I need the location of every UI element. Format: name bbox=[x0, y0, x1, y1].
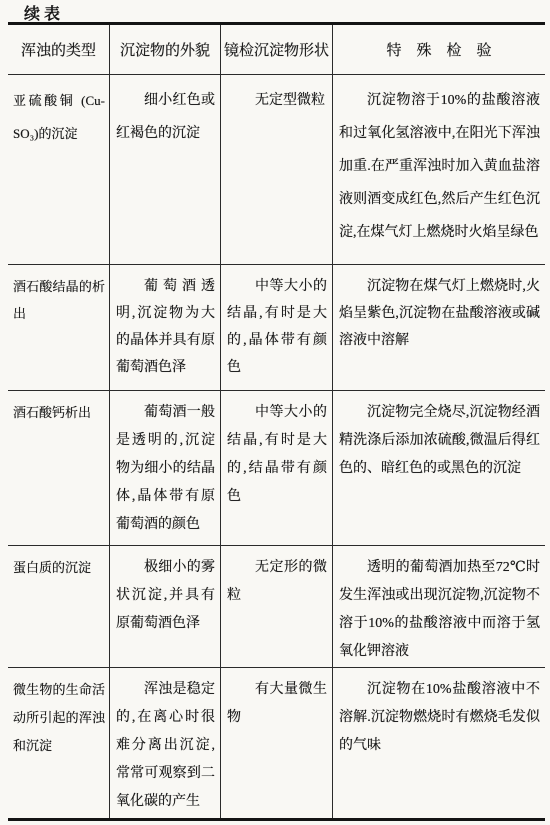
cell-text: 无定形的微粒 bbox=[227, 554, 327, 610]
special-test-cell: 透明的葡萄酒加热至72℃时发生浑浊或出现沉淀物,沉淀物不溶于10%的盐酸溶液中而… bbox=[333, 546, 545, 668]
wine-turbidity-table: 浑浊的类型 沉淀物的外貌 镜检沉淀物形状 特 殊 检 验 亚硫酸铜 (Cu-SO… bbox=[8, 22, 545, 821]
cell-text: 沉淀物在煤气灯上燃烧时,火焰呈紫色,沉淀物在盐酸溶液或碱溶液中溶解 bbox=[339, 273, 540, 354]
turbidity-type-cell: 亚硫酸铜 (Cu-SO₃)的沉淀 bbox=[8, 75, 110, 265]
column-header-microscopic-shape: 镜检沉淀物形状 bbox=[221, 25, 333, 75]
cell-text: 中等大小的结晶,有时是大的,结晶带有颜色 bbox=[227, 399, 327, 511]
cell-text: 葡萄酒一般是透明的,沉淀物为细小的结晶体,晶体带有原葡萄酒的颜色 bbox=[116, 399, 215, 539]
cell-text: 中等大小的结晶,有时是大的,晶体带有颜色 bbox=[227, 273, 327, 381]
cell-text: 沉淀物完全烧尽,沉淀物经酒精洗涤后添加浓硫酸,微温后得红色的、暗红色的或黑色的沉… bbox=[339, 399, 540, 483]
cell-text: 葡萄酒透明,沉淀物为大的晶体并具有原葡萄酒色泽 bbox=[116, 273, 215, 381]
turbidity-type-cell: 酒石酸结晶的析出 bbox=[8, 265, 110, 391]
cell-text: 蛋白质的沉淀 bbox=[13, 554, 105, 582]
cell-text: 沉淀物在10%盐酸溶液中不溶解.沉淀物燃烧时有燃烧毛发似的气味 bbox=[339, 676, 540, 760]
cell-text: 无定型微粒 bbox=[227, 84, 327, 117]
cell-text: 透明的葡萄酒加热至72℃时发生浑浊或出现沉淀物,沉淀物不溶于10%的盐酸溶液中而… bbox=[339, 554, 540, 666]
microscopic-shape-cell: 中等大小的结晶,有时是大的,晶体带有颜色 bbox=[221, 265, 333, 391]
cell-text: 微生物的生命活动所引起的浑浊和沉淀 bbox=[13, 676, 105, 760]
scanned-document-page: 续表 浑浊的类型 沉淀物的外貌 镜检沉淀物形状 特 殊 检 验 亚硫酸铜 (Cu… bbox=[0, 0, 550, 825]
appearance-cell: 细小红色或红褐色的沉淀 bbox=[110, 75, 221, 265]
column-header-special-tests: 特 殊 检 验 bbox=[333, 25, 545, 75]
cell-text: 浑浊是稳定的,在离心时很难分离出沉淀,常常可观察到二氧化碳的产生 bbox=[116, 676, 215, 816]
column-header-precipitate-appearance: 沉淀物的外貌 bbox=[110, 25, 221, 75]
appearance-cell: 极细小的雾状沉淀,并具有原葡萄酒色泽 bbox=[110, 546, 221, 668]
special-test-cell: 沉淀物在10%盐酸溶液中不溶解.沉淀物燃烧时有燃烧毛发似的气味 bbox=[333, 668, 545, 818]
microscopic-shape-cell: 有大量微生物 bbox=[221, 668, 333, 818]
appearance-cell: 葡萄酒一般是透明的,沉淀物为细小的结晶体,晶体带有原葡萄酒的颜色 bbox=[110, 391, 221, 546]
turbidity-type-cell: 微生物的生命活动所引起的浑浊和沉淀 bbox=[8, 668, 110, 818]
cell-text: 有大量微生物 bbox=[227, 676, 327, 732]
column-header-turbidity-type: 浑浊的类型 bbox=[8, 25, 110, 75]
cell-text: 酒石酸结晶的析出 bbox=[13, 273, 105, 327]
special-test-cell: 沉淀物在煤气灯上燃烧时,火焰呈紫色,沉淀物在盐酸溶液或碱溶液中溶解 bbox=[333, 265, 545, 391]
special-test-cell: 沉淀物完全烧尽,沉淀物经酒精洗涤后添加浓硫酸,微温后得红色的、暗红色的或黑色的沉… bbox=[333, 391, 545, 546]
microscopic-shape-cell: 中等大小的结晶,有时是大的,结晶带有颜色 bbox=[221, 391, 333, 546]
cell-text: 沉淀物溶于10%的盐酸溶液和过氧化氢溶液中,在阳光下浑浊加重.在严重浑浊时加入黄… bbox=[339, 84, 540, 249]
turbidity-type-cell: 酒石酸钙析出 bbox=[8, 391, 110, 546]
cell-text: 细小红色或红褐色的沉淀 bbox=[116, 84, 215, 150]
cell-text: 亚硫酸铜 (Cu-SO₃)的沉淀 bbox=[13, 84, 105, 150]
special-test-cell: 沉淀物溶于10%的盐酸溶液和过氧化氢溶液中,在阳光下浑浊加重.在严重浑浊时加入黄… bbox=[333, 75, 545, 265]
appearance-cell: 浑浊是稳定的,在离心时很难分离出沉淀,常常可观察到二氧化碳的产生 bbox=[110, 668, 221, 818]
cell-text: 极细小的雾状沉淀,并具有原葡萄酒色泽 bbox=[116, 554, 215, 638]
continued-table-label: 续表 bbox=[24, 1, 64, 24]
microscopic-shape-cell: 无定形的微粒 bbox=[221, 546, 333, 668]
appearance-cell: 葡萄酒透明,沉淀物为大的晶体并具有原葡萄酒色泽 bbox=[110, 265, 221, 391]
turbidity-type-cell: 蛋白质的沉淀 bbox=[8, 546, 110, 668]
cell-text: 酒石酸钙析出 bbox=[13, 399, 105, 427]
microscopic-shape-cell: 无定型微粒 bbox=[221, 75, 333, 265]
